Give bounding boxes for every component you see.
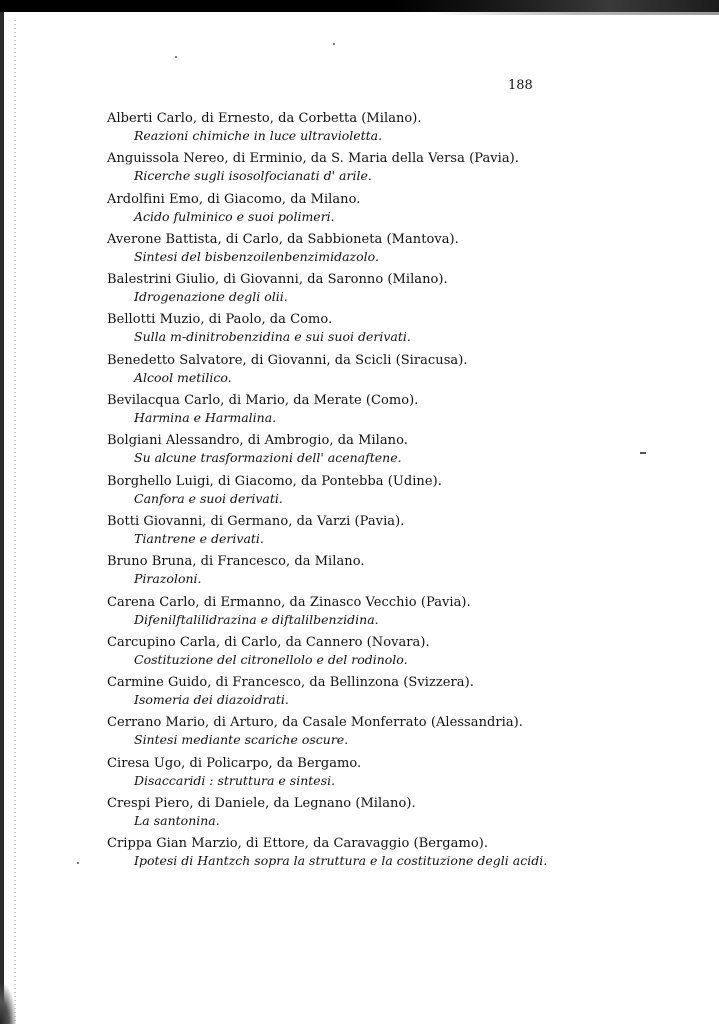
- list-item: Anguissola Nereo, di Erminio, da S. Mari…: [107, 150, 547, 190]
- scan-binding-dots: [14, 20, 16, 1024]
- entry-name: Carcupino Carla, di Carlo, da Cannero (N…: [107, 634, 547, 651]
- entry-name: Ardolfini Emo, di Giacomo, da Milano.: [107, 191, 547, 208]
- entry-thesis-title: Idrogenazione degli olii.: [107, 288, 547, 305]
- list-item: Cerrano Mario, di Arturo, da Casale Monf…: [107, 714, 547, 754]
- list-item: Ciresa Ugo, di Policarpo, da Bergamo. Di…: [107, 755, 547, 795]
- scan-border-left: [0, 12, 4, 1024]
- entry-name: Bevilacqua Carlo, di Mario, da Merate (C…: [107, 392, 547, 409]
- scan-speck: [77, 862, 79, 864]
- page-number: 188: [508, 78, 533, 93]
- entry-name: Anguissola Nereo, di Erminio, da S. Mari…: [107, 150, 547, 167]
- list-item: Benedetto Salvatore, di Giovanni, da Sci…: [107, 352, 547, 392]
- entry-thesis-title: Costituzione del citronellolo e del rodi…: [107, 651, 547, 668]
- list-item: Crespi Piero, di Daniele, da Legnano (Mi…: [107, 795, 547, 835]
- entry-thesis-title: Canfora e suoi derivati.: [107, 490, 547, 507]
- list-item: Carmine Guido, di Francesco, da Bellinzo…: [107, 674, 547, 714]
- entry-thesis-title: Isomeria dei diazoidrati.: [107, 691, 547, 708]
- entry-name: Balestrini Giulio, di Giovanni, da Saron…: [107, 271, 547, 288]
- entry-thesis-title: Tiantrene e derivati.: [107, 530, 547, 547]
- list-item: Borghello Luigi, di Giacomo, da Pontebba…: [107, 473, 547, 513]
- student-list: Alberti Carlo, di Ernesto, da Corbetta (…: [107, 110, 547, 876]
- scan-border-top: [0, 0, 719, 12]
- entry-thesis-title: Ipotesi di Hantzch sopra la struttura e …: [107, 852, 547, 869]
- list-item: Ardolfini Emo, di Giacomo, da Milano. Ac…: [107, 191, 547, 231]
- entry-name: Borghello Luigi, di Giacomo, da Pontebba…: [107, 473, 547, 490]
- entry-name: Botti Giovanni, di Germano, da Varzi (Pa…: [107, 513, 547, 530]
- entry-name: Benedetto Salvatore, di Giovanni, da Sci…: [107, 352, 547, 369]
- entry-name: Averone Battista, di Carlo, da Sabbionet…: [107, 231, 547, 248]
- entry-thesis-title: Disaccaridi : struttura e sintesi.: [107, 772, 547, 789]
- list-item: Bolgiani Alessandro, di Ambrogio, da Mil…: [107, 432, 547, 472]
- entry-thesis-title: Difenilftalilidrazina e diftalilbenzidin…: [107, 611, 547, 628]
- list-item: Carcupino Carla, di Carlo, da Cannero (N…: [107, 634, 547, 674]
- entry-name: Bolgiani Alessandro, di Ambrogio, da Mil…: [107, 432, 547, 449]
- entry-name: Cerrano Mario, di Arturo, da Casale Monf…: [107, 714, 547, 731]
- list-item: Averone Battista, di Carlo, da Sabbionet…: [107, 231, 547, 271]
- list-item: Bellotti Muzio, di Paolo, da Como. Sulla…: [107, 311, 547, 351]
- entry-name: Crespi Piero, di Daniele, da Legnano (Mi…: [107, 795, 547, 812]
- entry-thesis-title: Sintesi mediante scariche oscure.: [107, 731, 547, 748]
- entry-thesis-title: Ricerche sugli isosolfocianati d' arile.: [107, 167, 547, 184]
- entry-name: Bruno Bruna, di Francesco, da Milano.: [107, 553, 547, 570]
- entry-name: Carmine Guido, di Francesco, da Bellinzo…: [107, 674, 547, 691]
- scan-speck: [640, 452, 646, 454]
- list-item: Bruno Bruna, di Francesco, da Milano. Pi…: [107, 553, 547, 593]
- list-item: Carena Carlo, di Ermanno, da Zinasco Vec…: [107, 594, 547, 634]
- entry-thesis-title: Acido fulminico e suoi polimeri.: [107, 208, 547, 225]
- entry-thesis-title: Sulla m-dinitrobenzidina e sui suoi deri…: [107, 328, 547, 345]
- scan-corner-shadow: [0, 984, 16, 1024]
- entry-thesis-title: Harmina e Harmalina.: [107, 409, 547, 426]
- scan-border-top-fade: [0, 12, 719, 15]
- scan-speck: [333, 43, 335, 45]
- entry-name: Bellotti Muzio, di Paolo, da Como.: [107, 311, 547, 328]
- entry-name: Carena Carlo, di Ermanno, da Zinasco Vec…: [107, 594, 547, 611]
- entry-thesis-title: Alcool metilico.: [107, 369, 547, 386]
- list-item: Crippa Gian Marzio, di Ettore, da Carava…: [107, 835, 547, 875]
- list-item: Bevilacqua Carlo, di Mario, da Merate (C…: [107, 392, 547, 432]
- entry-thesis-title: Sintesi del bisbenzoilenbenzimidazolo.: [107, 248, 547, 265]
- entry-thesis-title: La santonina.: [107, 812, 547, 829]
- entry-name: Crippa Gian Marzio, di Ettore, da Carava…: [107, 835, 547, 852]
- list-item: Balestrini Giulio, di Giovanni, da Saron…: [107, 271, 547, 311]
- entry-name: Alberti Carlo, di Ernesto, da Corbetta (…: [107, 110, 547, 127]
- entry-name: Ciresa Ugo, di Policarpo, da Bergamo.: [107, 755, 547, 772]
- list-item: Alberti Carlo, di Ernesto, da Corbetta (…: [107, 110, 547, 150]
- entry-thesis-title: Su alcune trasformazioni dell' acenaften…: [107, 449, 547, 466]
- list-item: Botti Giovanni, di Germano, da Varzi (Pa…: [107, 513, 547, 553]
- entry-thesis-title: Pirazoloni.: [107, 570, 547, 587]
- scan-speck: [175, 56, 177, 58]
- entry-thesis-title: Reazioni chimiche in luce ultravioletta.: [107, 127, 547, 144]
